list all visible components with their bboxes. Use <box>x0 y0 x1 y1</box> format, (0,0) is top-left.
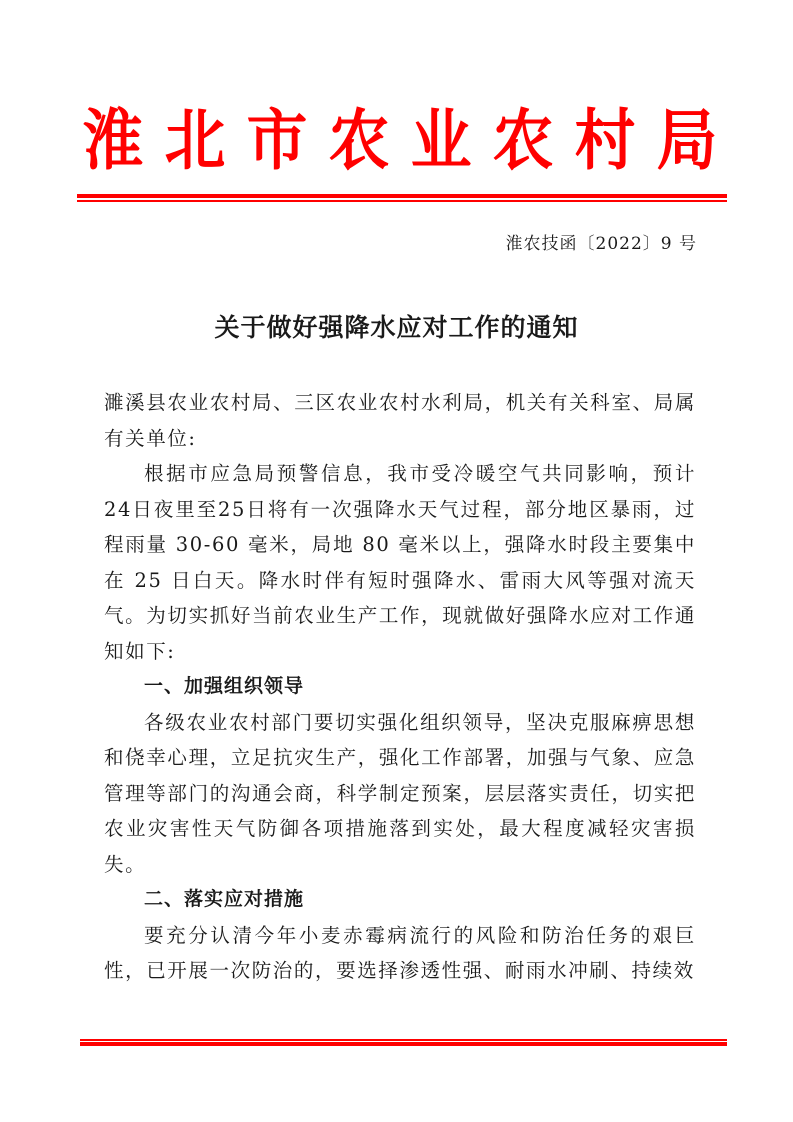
header-rule-thin <box>77 200 727 202</box>
section-1-paragraph: 各级农业农村部门要切实强化组织领导，坚决克服麻痹思想和侥幸心理，立足抗灾生产，强… <box>104 705 696 883</box>
masthead-char: 淮 <box>83 107 144 173</box>
document-title: 关于做好强降水应对工作的通知 <box>0 308 793 344</box>
section-1-heading: 一、加强组织领导 <box>104 669 696 705</box>
masthead-char: 北 <box>165 107 226 173</box>
intro-paragraph: 根据市应急局预警信息，我市受冷暖空气共同影响，预计24日夜里至25日将有一次强降… <box>104 456 696 669</box>
document-number: 淮农技函〔2022〕9 号 <box>506 229 697 254</box>
masthead-char: 市 <box>247 107 308 173</box>
masthead-char: 农 <box>329 107 390 173</box>
footer-rule-thick <box>80 1042 727 1046</box>
masthead-char: 业 <box>411 107 472 173</box>
header-rule-thick <box>77 194 727 198</box>
addressee: 濉溪县农业农村局、三区农业农村水利局，机关有关科室、局属有关单位: <box>104 385 696 456</box>
document-body: 濉溪县农业农村局、三区农业农村水利局，机关有关科室、局属有关单位: 根据市应急局… <box>104 385 696 989</box>
masthead-char: 农 <box>493 107 554 173</box>
section-2-paragraph: 要充分认清今年小麦赤霉病流行的风险和防治任务的艰巨性，已开展一次防治的，要选择渗… <box>104 918 696 989</box>
agency-masthead: 淮 北 市 农 业 农 村 局 <box>80 100 720 180</box>
masthead-char: 局 <box>657 107 718 173</box>
masthead-char: 村 <box>575 107 636 173</box>
section-2-heading: 二、落实应对措施 <box>104 882 696 918</box>
footer-rule-thin <box>80 1039 727 1041</box>
